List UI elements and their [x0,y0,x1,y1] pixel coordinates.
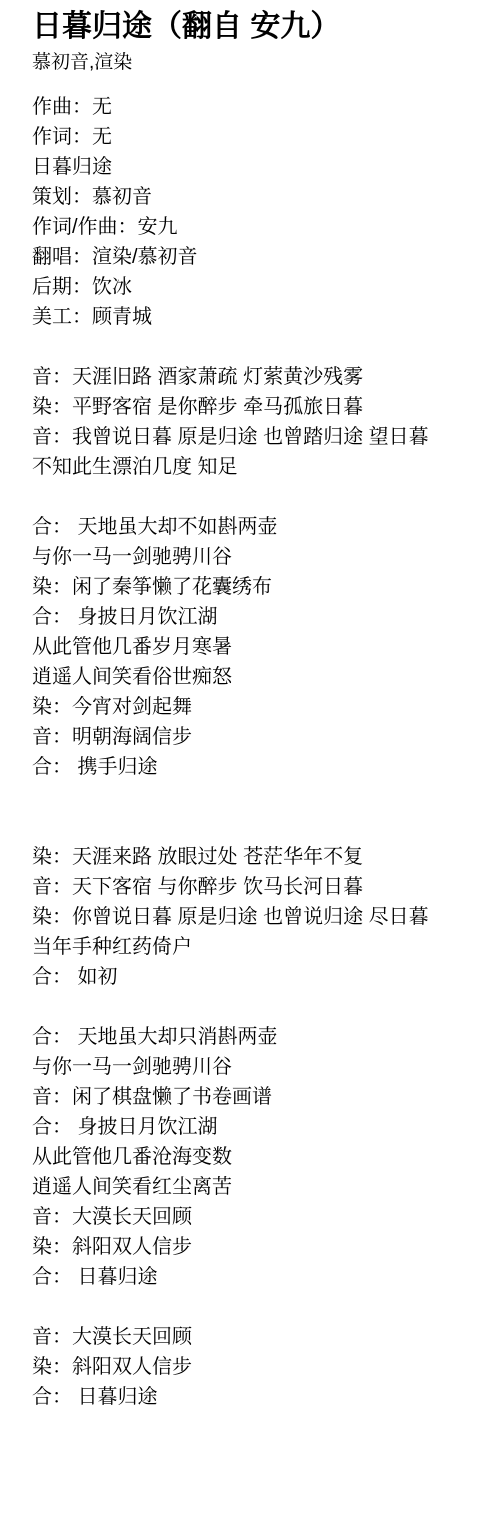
lyric-blank-line [32,482,480,512]
lyric-line: 音：我曾说日暮 原是归途 也曾踏归途 望日暮 [32,422,480,452]
lyric-blank-line [32,812,480,842]
lyric-line: 作词/作曲：安九 [32,212,480,242]
lyric-line: 当年手种红药倚户 [32,932,480,962]
lyric-line: 与你一马一剑驰骋川谷 [32,542,480,572]
lyric-line: 染：你曾说日暮 原是归途 也曾说归途 尽日暮 [32,902,480,932]
lyric-blank-line [32,332,480,362]
lyric-line: 与你一马一剑驰骋川谷 [32,1052,480,1082]
lyric-blank-line [32,992,480,1022]
lyric-line: 合： 天地虽大却只消斟两壶 [32,1022,480,1052]
lyric-blank-line [32,1292,480,1322]
lyric-line: 染：平野客宿 是你醉步 牵马孤旅日暮 [32,392,480,422]
lyric-line: 染：斜阳双人信步 [32,1232,480,1262]
page-title: 日暮归途（翻自 安九） [32,8,480,46]
lyric-line: 逍遥人间笑看红尘离苦 [32,1172,480,1202]
lyric-line: 后期：饮冰 [32,272,480,302]
lyric-line: 音：闲了棋盘懒了书卷画谱 [32,1082,480,1112]
lyric-line: 合： 身披日月饮江湖 [32,1112,480,1142]
lyric-blank-line [32,782,480,812]
lyric-line: 染：今宵对剑起舞 [32,692,480,722]
lyric-line: 不知此生漂泊几度 知足 [32,452,480,482]
lyric-line: 染：天涯来路 放眼过处 苍茫华年不复 [32,842,480,872]
lyric-line: 合： 日暮归途 [32,1262,480,1292]
lyric-line: 从此管他几番沧海变数 [32,1142,480,1172]
lyric-line: 音：天下客宿 与你醉步 饮马长河日暮 [32,872,480,902]
lyric-line: 美工：顾青城 [32,302,480,332]
lyrics-page: 日暮归途（翻自 安九） 慕初音,渲染 作曲：无作词：无日暮归途策划：慕初音作词/… [0,0,500,1540]
lyric-line: 音：明朝海阔信步 [32,722,480,752]
lyric-line: 合： 日暮归途 [32,1382,480,1412]
lyric-line: 作曲：无 [32,92,480,122]
lyric-line: 作词：无 [32,122,480,152]
lyric-line: 音：天涯旧路 酒家萧疏 灯萦黄沙残雾 [32,362,480,392]
lyric-line: 染：闲了秦筝懒了花囊绣布 [32,572,480,602]
lyric-line: 合： 天地虽大却不如斟两壶 [32,512,480,542]
lyric-line: 音：大漠长天回顾 [32,1322,480,1352]
lyric-line: 合： 携手归途 [32,752,480,782]
lyric-line: 翻唱：渲染/慕初音 [32,242,480,272]
lyrics-body: 作曲：无作词：无日暮归途策划：慕初音作词/作曲：安九翻唱：渲染/慕初音后期：饮冰… [32,92,480,1412]
lyric-line: 逍遥人间笑看俗世痴怒 [32,662,480,692]
lyric-line: 日暮归途 [32,152,480,182]
lyric-line: 音：大漠长天回顾 [32,1202,480,1232]
artist-names: 慕初音,渲染 [32,50,480,76]
lyric-line: 从此管他几番岁月寒暑 [32,632,480,662]
lyric-line: 策划：慕初音 [32,182,480,212]
lyric-line: 合： 如初 [32,962,480,992]
lyric-line: 染：斜阳双人信步 [32,1352,480,1382]
lyric-line: 合： 身披日月饮江湖 [32,602,480,632]
